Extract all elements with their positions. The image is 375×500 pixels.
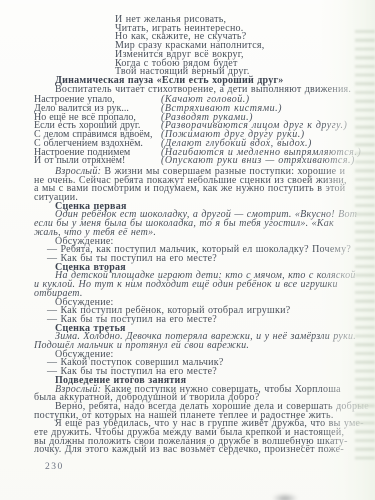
scan-shadow-smudge bbox=[272, 494, 298, 500]
summary-paragraph-line: лочку. Для этого каждый из вас возьмёт с… bbox=[34, 446, 375, 455]
movement-action: (Опускают руки вниз — отряхиваются.) bbox=[161, 157, 355, 166]
pause-intro: Воспитатель читает стихотворение, а дети… bbox=[55, 86, 375, 95]
page-number: 230 bbox=[45, 462, 64, 472]
movement-row: И от пыли отряхнём! (Опускают руки вниз … bbox=[34, 157, 375, 166]
book-page: И нет желанья рисовать, Читать, играть н… bbox=[0, 0, 375, 500]
scene-2-line: и куклой. Но тут к ним подходит ещё один… bbox=[34, 281, 375, 290]
adult-paragraph-line: а мы с вами посмотрим и подумаем, как же… bbox=[34, 185, 375, 194]
page-text: И нет желанья рисовать, Читать, играть н… bbox=[0, 16, 375, 455]
movement-verse: И от пыли отряхнём! bbox=[34, 157, 161, 166]
